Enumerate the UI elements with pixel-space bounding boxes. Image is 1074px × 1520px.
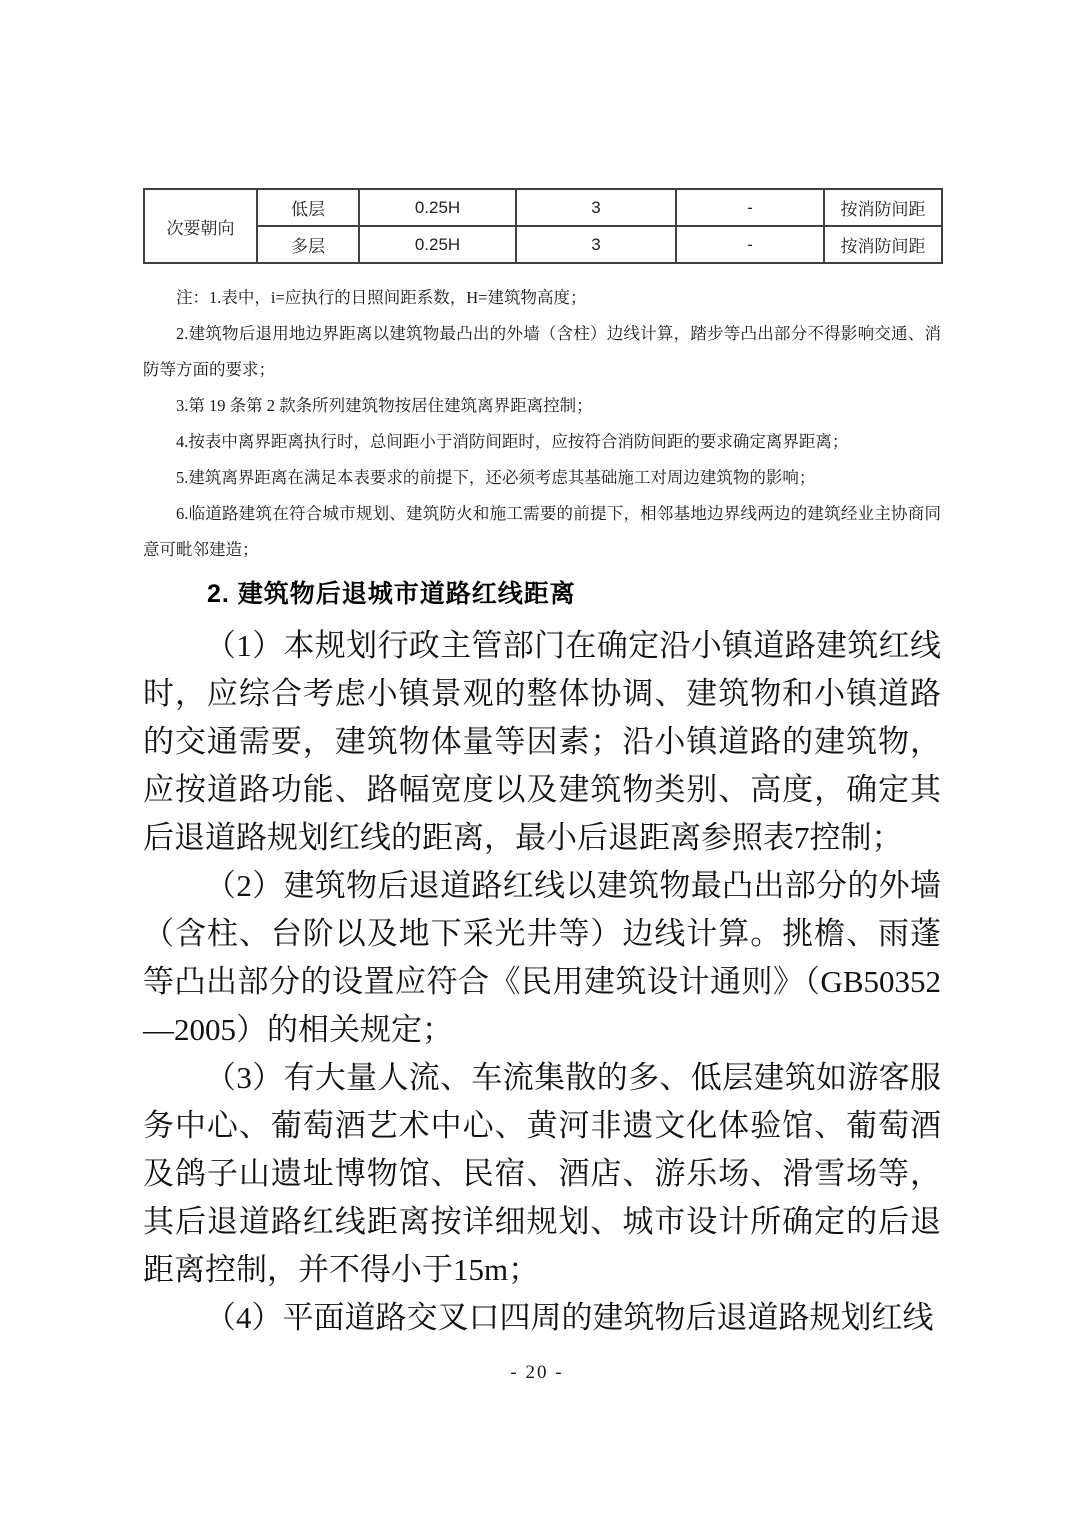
table-notes: 注：1.表中，i=应执行的日照间距系数，H=建筑物高度； 2.建筑物后退用地边界… <box>143 280 941 568</box>
note-line-1: 注：1.表中，i=应执行的日照间距系数，H=建筑物高度； <box>143 280 941 316</box>
section-heading: 2. 建筑物后退城市道路红线距离 <box>207 576 941 612</box>
table-cell-coefficient: 0.25H <box>359 189 516 226</box>
table-cell-min-distance: 3 <box>516 226 676 263</box>
setback-distance-table: 次要朝向 低层 0.25H 3 - 按消防间距 多层 0.25H 3 - 按消防… <box>143 188 943 264</box>
table-cell-orientation: 次要朝向 <box>144 189 257 263</box>
table-row: 多层 0.25H 3 - 按消防间距 <box>144 226 942 263</box>
table-row: 次要朝向 低层 0.25H 3 - 按消防间距 <box>144 189 942 226</box>
table-cell-fire-spacing: 按消防间距 <box>824 189 942 226</box>
page-number: - 20 - <box>0 1362 1074 1384</box>
note-line-6: 6.临道路建筑在符合城市规划、建筑防火和施工需要的前提下，相邻基地边界线两边的建… <box>143 496 941 568</box>
paragraph-4: （4）平面道路交叉口四周的建筑物后退道路规划红线 <box>143 1294 941 1342</box>
paragraph-3: （3）有大量人流、车流集散的多、低层建筑如游客服务中心、葡萄酒艺术中心、黄河非遗… <box>143 1054 941 1294</box>
paragraph-1: （1）本规划行政主管部门在确定沿小镇道路建筑红线时，应综合考虑小镇景观的整体协调… <box>143 622 941 862</box>
table-cell-dash: - <box>676 226 824 263</box>
section-body: （1）本规划行政主管部门在确定沿小镇道路建筑红线时，应综合考虑小镇景观的整体协调… <box>143 622 941 1342</box>
paragraph-2: （2）建筑物后退道路红线以建筑物最凸出部分的外墙（含柱、台阶以及地下采光井等）边… <box>143 862 941 1054</box>
document-content: 次要朝向 低层 0.25H 3 - 按消防间距 多层 0.25H 3 - 按消防… <box>143 188 941 1342</box>
note-line-3: 3.第 19 条第 2 款条所列建筑物按居住建筑离界距离控制； <box>143 388 941 424</box>
table-cell-category: 低层 <box>257 189 359 226</box>
table-cell-fire-spacing: 按消防间距 <box>824 226 942 263</box>
table-cell-dash: - <box>676 189 824 226</box>
document-page: 次要朝向 低层 0.25H 3 - 按消防间距 多层 0.25H 3 - 按消防… <box>0 0 1074 1520</box>
note-line-2: 2.建筑物后退用地边界距离以建筑物最凸出的外墙（含柱）边线计算，踏步等凸出部分不… <box>143 316 941 388</box>
note-line-4: 4.按表中离界距离执行时，总间距小于消防间距时，应按符合消防间距的要求确定离界距… <box>143 424 941 460</box>
table-cell-category: 多层 <box>257 226 359 263</box>
table-cell-coefficient: 0.25H <box>359 226 516 263</box>
table-cell-min-distance: 3 <box>516 189 676 226</box>
note-line-5: 5.建筑离界距离在满足本表要求的前提下，还必须考虑其基础施工对周边建筑物的影响； <box>143 460 941 496</box>
